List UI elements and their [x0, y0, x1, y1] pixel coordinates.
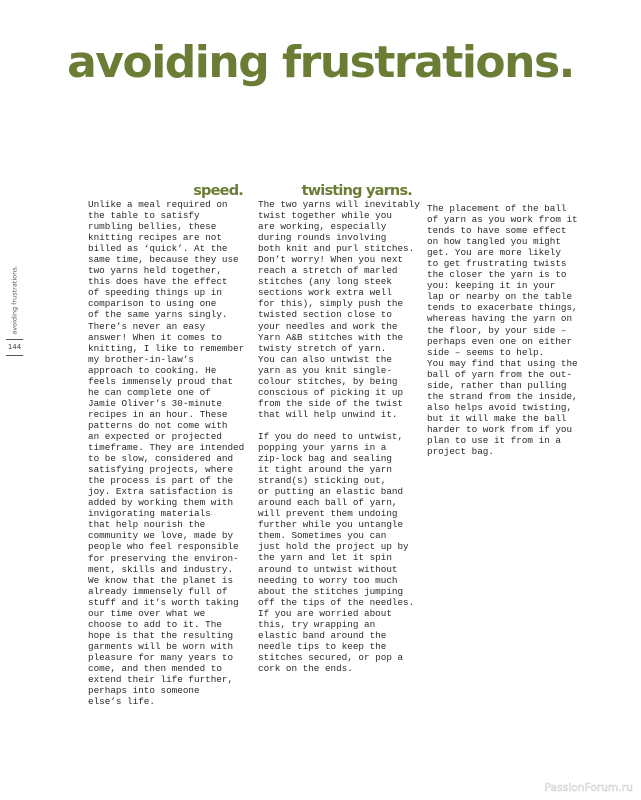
body-text-line: Don’t worry! When you next	[258, 254, 420, 265]
body-text-line: both knit and purl stitches.	[258, 243, 420, 254]
body-text-line: project bag.	[427, 446, 578, 457]
body-text-line: strand(s) sticking out,	[258, 475, 420, 486]
body-text-line: patterns do not come with	[88, 420, 244, 431]
body-text-line: of yarn as you work from it	[427, 214, 578, 225]
column-speed-body: Unlike a meal required onthe table to sa…	[88, 199, 244, 707]
body-text-line: The placement of the ball	[427, 203, 578, 214]
watermark: PassionForum.ru	[545, 782, 633, 794]
body-text-line: will prevent them undoing	[258, 508, 420, 519]
body-text-line: Yarn A&B stitches with the	[258, 332, 420, 343]
body-text-line: that help nourish the	[88, 519, 244, 530]
body-text-line: stitches secured, or pop a	[258, 652, 420, 663]
body-text-line: hope is that the resulting	[88, 630, 244, 641]
body-text-line: this does have the effect	[88, 276, 244, 287]
body-text-line: the yarn and let it spin	[258, 552, 420, 563]
body-text-line: side, rather than pulling	[427, 380, 578, 391]
body-text-line: needle tips to keep the	[258, 641, 420, 652]
body-text-line: perhaps into someone	[88, 685, 244, 696]
body-text-line: for preserving the environ-	[88, 553, 244, 564]
section-heading-twisting-yarns: twisting yarns.	[258, 183, 412, 199]
body-text-line: the process is part of the	[88, 475, 244, 486]
body-text-line: cork on the ends.	[258, 663, 420, 674]
body-text-line: to get frustrating twists	[427, 258, 578, 269]
column-ball-placement-body: The placement of the ballof yarn as you …	[427, 203, 578, 457]
body-text-line: you: keeping it in your	[427, 280, 578, 291]
body-text-line: timeframe. They are intended	[88, 442, 244, 453]
page-number: 144	[6, 342, 23, 352]
body-text-line: extend their life further,	[88, 674, 244, 685]
body-text-line: during rounds involving	[258, 232, 420, 243]
body-text-line: of the same yarns singly.	[88, 309, 244, 320]
body-text-line: stuff and it’s worth taking	[88, 597, 244, 608]
body-text-line: my brother-in-law’s	[88, 354, 244, 365]
body-text-line: our time over what we	[88, 608, 244, 619]
body-text-line: an expected or projected	[88, 431, 244, 442]
body-text-line: knitting, I like to remember	[88, 343, 244, 354]
body-text-line: harder to work from if you	[427, 424, 578, 435]
body-text-line: ment, skills and industry.	[88, 564, 244, 575]
body-text-line: get. You are more likely	[427, 247, 578, 258]
body-text-line: the closer the yarn is to	[427, 269, 578, 280]
body-text-line: tends to exacerbate things,	[427, 302, 578, 313]
body-text-line: from the side of the twist	[258, 398, 420, 409]
body-text-line: zip-lock bag and sealing	[258, 453, 420, 464]
body-text-line: around each ball of yarn,	[258, 497, 420, 508]
body-text-line: Jamie Oliver’s 30-minute	[88, 398, 244, 409]
body-text-line: of speeding things up in	[88, 287, 244, 298]
body-text-line: it tight around the yarn	[258, 464, 420, 475]
body-text-line: comparison to using one	[88, 298, 244, 309]
body-text-line: twist together while you	[258, 210, 420, 221]
body-text-line: around to untwist without	[258, 564, 420, 575]
body-text-line: garments will be worn with	[88, 641, 244, 652]
body-text-line: two yarns held together,	[88, 265, 244, 276]
body-text-line: your needles and work the	[258, 321, 420, 332]
body-text-line: twisted section close to	[258, 309, 420, 320]
folio-rule-bottom	[6, 355, 23, 356]
body-text-line: just hold the project up by	[258, 541, 420, 552]
body-text-line: If you do need to untwist,	[258, 431, 420, 442]
section-heading-speed: speed.	[88, 183, 243, 199]
column-twisting-yarns-body: The two yarns will inevitablytwist toget…	[258, 199, 420, 674]
body-text-line: You may find that using the	[427, 358, 578, 369]
body-text-line: invigorating materials	[88, 508, 244, 519]
body-text-line: rumbling bellies, these	[88, 221, 244, 232]
folio-rule-top	[6, 339, 23, 340]
body-text-line: satisfying projects, where	[88, 464, 244, 475]
body-text-line: the strand from the inside,	[427, 391, 578, 402]
body-text-line: them. Sometimes you can	[258, 530, 420, 541]
body-text-line: choose to add to it. The	[88, 619, 244, 630]
body-text-line: answer! When it comes to	[88, 332, 244, 343]
body-text-line: off the tips of the needles.	[258, 597, 420, 608]
body-text-line: about the stitches jumping	[258, 586, 420, 597]
body-text-line: same time, because they use	[88, 254, 244, 265]
body-text-line: joy. Extra satisfaction is	[88, 486, 244, 497]
running-head-text: avoiding frustrations.	[11, 265, 19, 334]
body-text-line: knitting recipes are not	[88, 232, 244, 243]
body-text-line: approach to cooking. He	[88, 365, 244, 376]
body-text-line: he can complete one of	[88, 387, 244, 398]
body-text-line: Unlike a meal required on	[88, 199, 244, 210]
body-text-line: whereas having the yarn on	[427, 313, 578, 324]
body-text-line: The two yarns will inevitably	[258, 199, 420, 210]
body-text-line: the floor, by your side –	[427, 325, 578, 336]
body-text-line: feels immensely proud that	[88, 376, 244, 387]
body-text-line: plan to use it from in a	[427, 435, 578, 446]
body-text-line: come, and then mended to	[88, 663, 244, 674]
body-text-line: to be slow, considered and	[88, 453, 244, 464]
body-text-line: added by working them with	[88, 497, 244, 508]
body-text-line: for this), simply push the	[258, 298, 420, 309]
body-text-line: popping your yarns in a	[258, 442, 420, 453]
body-text-line: colour stitches, by being	[258, 376, 420, 387]
body-text-line: yarn as you knit single-	[258, 365, 420, 376]
body-text-line: lap or nearby on the table	[427, 291, 578, 302]
body-text-line: ball of yarn from the out-	[427, 369, 578, 380]
body-text-line: tends to have some effect	[427, 225, 578, 236]
body-text-line: reach a stretch of marled	[258, 265, 420, 276]
body-text-line: sections work extra well	[258, 287, 420, 298]
body-text-line: elastic band around the	[258, 630, 420, 641]
body-text-line: You can also untwist the	[258, 354, 420, 365]
running-head: avoiding frustrations.	[2, 266, 26, 336]
body-text-line: conscious of picking it up	[258, 387, 420, 398]
body-text-line: community we love, made by	[88, 530, 244, 541]
body-text-line: on how tangled you might	[427, 236, 578, 247]
body-text-line: that will help unwind it.	[258, 409, 420, 420]
body-text-line: perhaps even one on either	[427, 336, 578, 347]
body-text-line: recipes in an hour. These	[88, 409, 244, 420]
body-text-line: twisty stretch of yarn.	[258, 343, 420, 354]
body-text-line: this, try wrapping an	[258, 619, 420, 630]
body-text-line: people who feel responsible	[88, 541, 244, 552]
body-text-line: also helps avoid twisting,	[427, 402, 578, 413]
body-text-line: or putting an elastic band	[258, 486, 420, 497]
body-text-line: the table to satisfy	[88, 210, 244, 221]
body-text-line: but it will make the ball	[427, 413, 578, 424]
body-text-line: There’s never an easy	[88, 321, 244, 332]
body-text-line: further while you untangle	[258, 519, 420, 530]
body-text-line: billed as ‘quick’. At the	[88, 243, 244, 254]
body-text-line: are working, especially	[258, 221, 420, 232]
body-text-line: already immensely full of	[88, 586, 244, 597]
body-text-line: stitches (any long steek	[258, 276, 420, 287]
body-text-line: else’s life.	[88, 696, 244, 707]
body-text-line: pleasure for many years to	[88, 652, 244, 663]
body-text-line: We know that the planet is	[88, 575, 244, 586]
body-text-line: side – seems to help.	[427, 347, 578, 358]
paragraph-gap	[258, 420, 420, 431]
body-text-line: needing to worry too much	[258, 575, 420, 586]
page-title: avoiding frustrations.	[0, 33, 641, 93]
body-text-line: If you are worried about	[258, 608, 420, 619]
